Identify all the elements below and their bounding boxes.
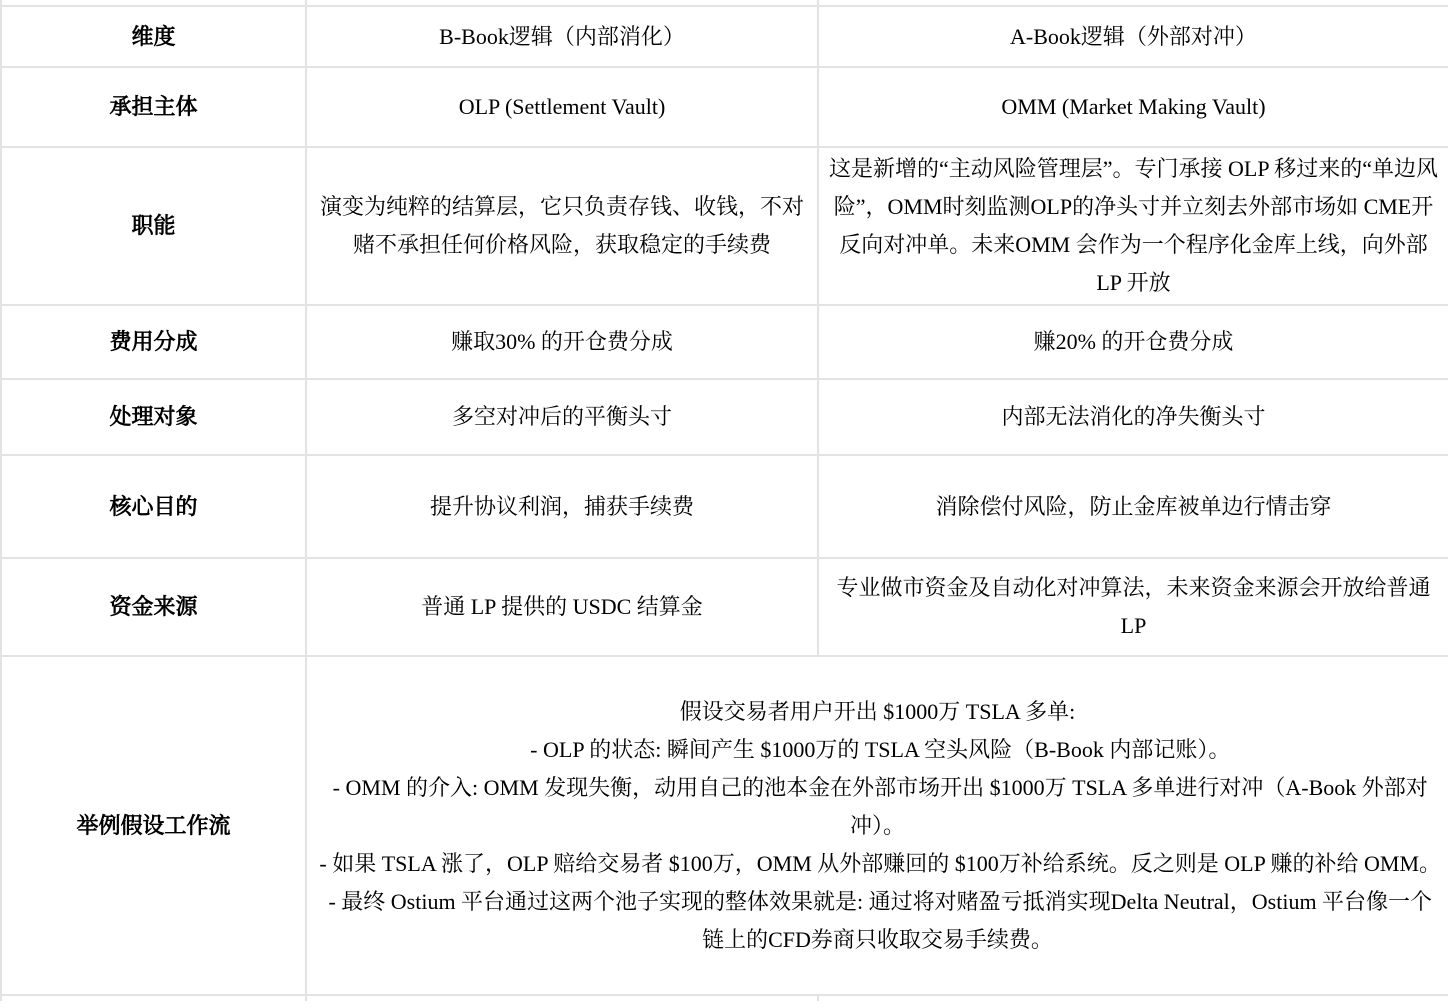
cell-abook-entity: OMM (Market Making Vault) — [818, 67, 1448, 147]
table-row-core-purpose: 核心目的 提升协议利润，捕获手续费 消除偿付风险，防止金库被单边行情击穿 — [1, 455, 1448, 558]
cell-bbook-core-purpose: 提升协议利润，捕获手续费 — [306, 455, 818, 558]
comparison-table: 维度 B-Book逻辑（内部消化） A-Book逻辑（外部对冲） 承担主体 OL… — [0, 0, 1448, 1001]
row-label-capital-source: 资金来源 — [1, 558, 306, 656]
cell-abook-dimension: A-Book逻辑（外部对冲） — [818, 6, 1448, 67]
table-row-partial-bottom — [1, 995, 1448, 1001]
row-label-core-purpose: 核心目的 — [1, 455, 306, 558]
cell-workflow-example: 假设交易者用户开出 $1000万 TSLA 多单: - OLP 的状态: 瞬间产… — [306, 656, 1448, 995]
cell-abook-capital-source: 专业做市资金及自动化对冲算法，未来资金来源会开放给普通 LP — [818, 558, 1448, 656]
table-row-capital-source: 资金来源 普通 LP 提供的 USDC 结算金 专业做市资金及自动化对冲算法，未… — [1, 558, 1448, 656]
cell-bbook-fee-split: 赚取30% 的开仓费分成 — [306, 305, 818, 379]
table-row-handles: 处理对象 多空对冲后的平衡头寸 内部无法消化的净失衡头寸 — [1, 379, 1448, 455]
row-label-function: 职能 — [1, 147, 306, 305]
table-row-entity: 承担主体 OLP (Settlement Vault) OMM (Market … — [1, 67, 1448, 147]
cell-abook-core-purpose: 消除偿付风险，防止金库被单边行情击穿 — [818, 455, 1448, 558]
partial-cell — [818, 995, 1448, 1001]
row-label-dimension: 维度 — [1, 6, 306, 67]
row-label-fee-split: 费用分成 — [1, 305, 306, 379]
row-label-handles: 处理对象 — [1, 379, 306, 455]
table-row-function: 职能 演变为纯粹的结算层，它只负责存钱、收钱，不对赌不承担任何价格风险，获取稳定… — [1, 147, 1448, 305]
cell-abook-handles: 内部无法消化的净失衡头寸 — [818, 379, 1448, 455]
cell-bbook-dimension: B-Book逻辑（内部消化） — [306, 6, 818, 67]
document-page: 维度 B-Book逻辑（内部消化） A-Book逻辑（外部对冲） 承担主体 OL… — [0, 0, 1448, 1008]
table-row-fee-split: 费用分成 赚取30% 的开仓费分成 赚20% 的开仓费分成 — [1, 305, 1448, 379]
cell-abook-fee-split: 赚20% 的开仓费分成 — [818, 305, 1448, 379]
cell-abook-function: 这是新增的“主动风险管理层”。专门承接 OLP 移过来的“单边风险”，OMM时刻… — [818, 147, 1448, 305]
cell-bbook-entity: OLP (Settlement Vault) — [306, 67, 818, 147]
cell-bbook-function: 演变为纯粹的结算层，它只负责存钱、收钱，不对赌不承担任何价格风险，获取稳定的手续… — [306, 147, 818, 305]
partial-cell — [306, 995, 818, 1001]
cell-bbook-handles: 多空对冲后的平衡头寸 — [306, 379, 818, 455]
table-row-dimension: 维度 B-Book逻辑（内部消化） A-Book逻辑（外部对冲） — [1, 6, 1448, 67]
table-row-workflow-example: 举例假设工作流 假设交易者用户开出 $1000万 TSLA 多单: - OLP … — [1, 656, 1448, 995]
partial-cell — [1, 995, 306, 1001]
row-label-workflow-example: 举例假设工作流 — [1, 656, 306, 995]
cell-bbook-capital-source: 普通 LP 提供的 USDC 结算金 — [306, 558, 818, 656]
row-label-entity: 承担主体 — [1, 67, 306, 147]
